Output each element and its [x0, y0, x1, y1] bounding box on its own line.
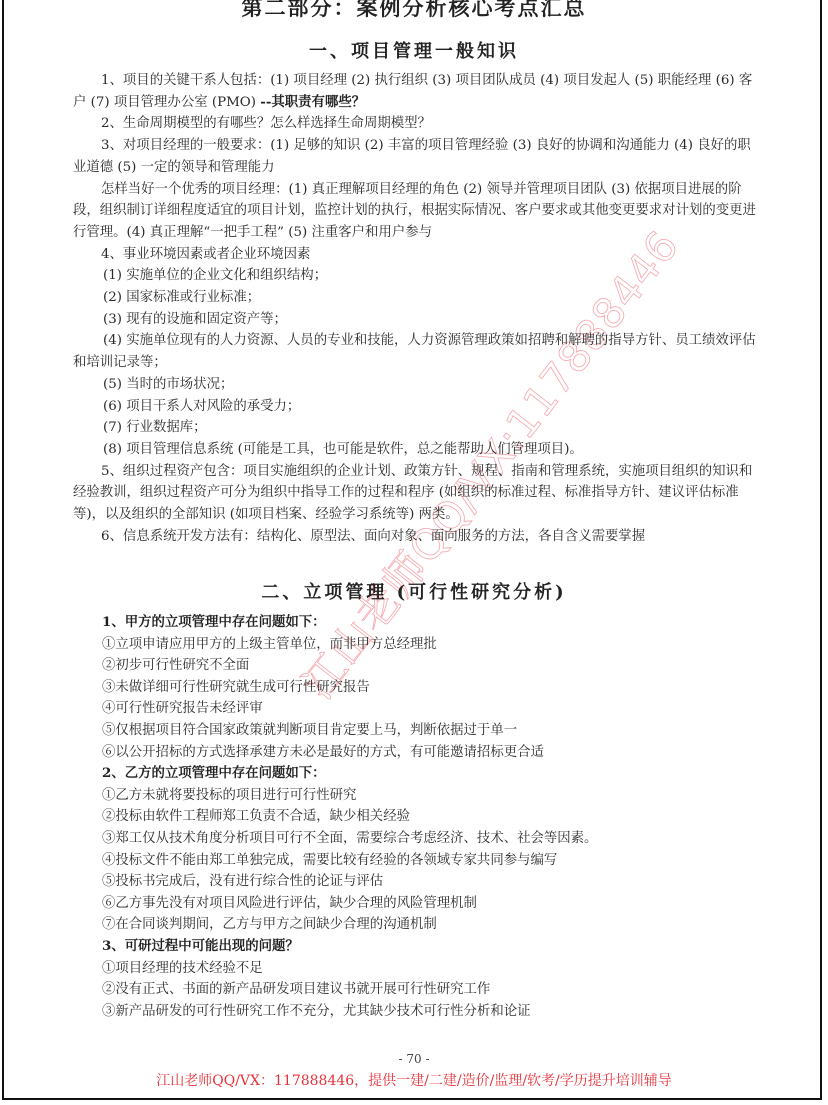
group-title-feasibility-issues: 3、可研过程中可能出现的问题？ [102, 936, 762, 958]
factor-item: (1) 实施单位的企业文化和组织结构； [73, 265, 763, 287]
section-project-initiation: 1、甲方的立项管理中存在问题如下： ①立项申请应用甲方的上级主管单位，而非甲方总… [102, 612, 762, 1022]
list-item: ③新产品研发的可行性研究工作不充分，尤其缺少技术可行性分析和论证 [102, 1001, 762, 1023]
list-item: ③未做详细可行性研究就生成可行性研究报告 [102, 677, 762, 699]
paragraph-dev-methods: 6、信息系统开发方法有：结构化、原型法、面向对象、面向服务的方法，各自含义需要掌… [73, 526, 763, 548]
list-item: ⑥乙方事先没有对项目风险进行评估，缺少合理的风险管理机制 [102, 893, 762, 915]
stakeholders-question: --其职责有哪些？ [260, 94, 365, 110]
group-title-party-a: 1、甲方的立项管理中存在问题如下： [102, 612, 762, 634]
list-item: ①乙方未就将要投标的项目进行可行性研究 [102, 785, 762, 807]
document-title: 第二部分：案例分析核心考点汇总 [0, 0, 828, 22]
section-heading-general-knowledge: 一、项目管理一般知识 [0, 37, 828, 63]
list-item: ③郑工仅从技术角度分析项目可行不全面，需要综合考虑经济、技术、社会等因素。 [102, 828, 762, 850]
paragraph-stakeholders: 1、项目的关键干系人包括：(1) 项目经理 (2) 执行组织 (3) 项目团队成… [73, 70, 763, 113]
paragraph-lifecycle: 2、生命周期模型的有哪些？怎么样选择生命周期模型？ [73, 113, 763, 135]
list-item: ⑦在合同谈判期间，乙方与甲方之间缺少合理的沟通机制 [102, 914, 762, 936]
paragraph-enterprise-factors: 4、事业环境因素或者企业环境因素 [73, 244, 763, 266]
factor-item: (4) 实施单位现有的人力资源、人员的专业和技能，人力资源管理政策如招聘和解聘的… [73, 330, 763, 373]
list-item: ④可行性研究报告未经评审 [102, 698, 762, 720]
paragraph-pm-requirements: 3、对项目经理的一般要求：(1) 足够的知识 (2) 丰富的项目管理经验 (3)… [73, 135, 763, 178]
page-number: - 70 - [0, 1052, 828, 1066]
factor-item: (3) 现有的设施和固定资产等； [73, 309, 763, 331]
factor-item: (7) 行业数据库； [73, 417, 763, 439]
list-item: ①项目经理的技术经验不足 [102, 958, 762, 980]
group-title-party-b: 2、乙方的立项管理中存在问题如下： [102, 763, 762, 785]
list-item: ①立项申请应用甲方的上级主管单位，而非甲方总经理批 [102, 634, 762, 656]
list-item: ⑥以公开招标的方式选择承建方未必是最好的方式，有可能邀请招标更合适 [102, 742, 762, 764]
factor-item: (2) 国家标准或行业标准； [73, 287, 763, 309]
list-item: ②没有正式、书面的新产品研发项目建议书就开展可行性研究工作 [102, 979, 762, 1001]
list-item: ②投标由软件工程师郑工负责不合适，缺少相关经验 [102, 806, 762, 828]
factor-item: (6) 项目干系人对风险的承受力； [73, 396, 763, 418]
paragraph-good-pm: 怎样当好一个优秀的项目经理：(1) 真正理解项目经理的角色 (2) 领导并管理项… [73, 179, 763, 244]
factor-item: (5) 当时的市场状况； [73, 374, 763, 396]
list-item: ②初步可行性研究不全面 [102, 655, 762, 677]
section-heading-project-initiation: 二、立项管理 (可行性研究分析) [0, 578, 828, 604]
section-general-knowledge: 1、项目的关键干系人包括：(1) 项目经理 (2) 执行组织 (3) 项目团队成… [73, 70, 763, 547]
list-item: ⑤投标书完成后，没有进行综合性的论证与评估 [102, 871, 762, 893]
footer-promo-text: 江山老师QQ/VX：117888446，提供一建/二建/造价/监理/软考/学历提… [0, 1070, 828, 1090]
list-item: ④投标文件不能由郑工单独完成，需要比较有经验的各领域专家共同参与编写 [102, 850, 762, 872]
factor-item: (8) 项目管理信息系统 (可能是工具，也可能是软件，总之能帮助人们管理项目)。 [73, 439, 763, 461]
paragraph-process-assets: 5、组织过程资产包含：项目实施组织的企业计划、政策方针、规程、指南和管理系统，实… [73, 461, 763, 526]
list-item: ⑤仅根据项目符合国家政策就判断项目肯定要上马，判断依据过于单一 [102, 720, 762, 742]
stakeholders-text: 1、项目的关键干系人包括：(1) 项目经理 (2) 执行组织 (3) 项目团队成… [73, 73, 752, 110]
